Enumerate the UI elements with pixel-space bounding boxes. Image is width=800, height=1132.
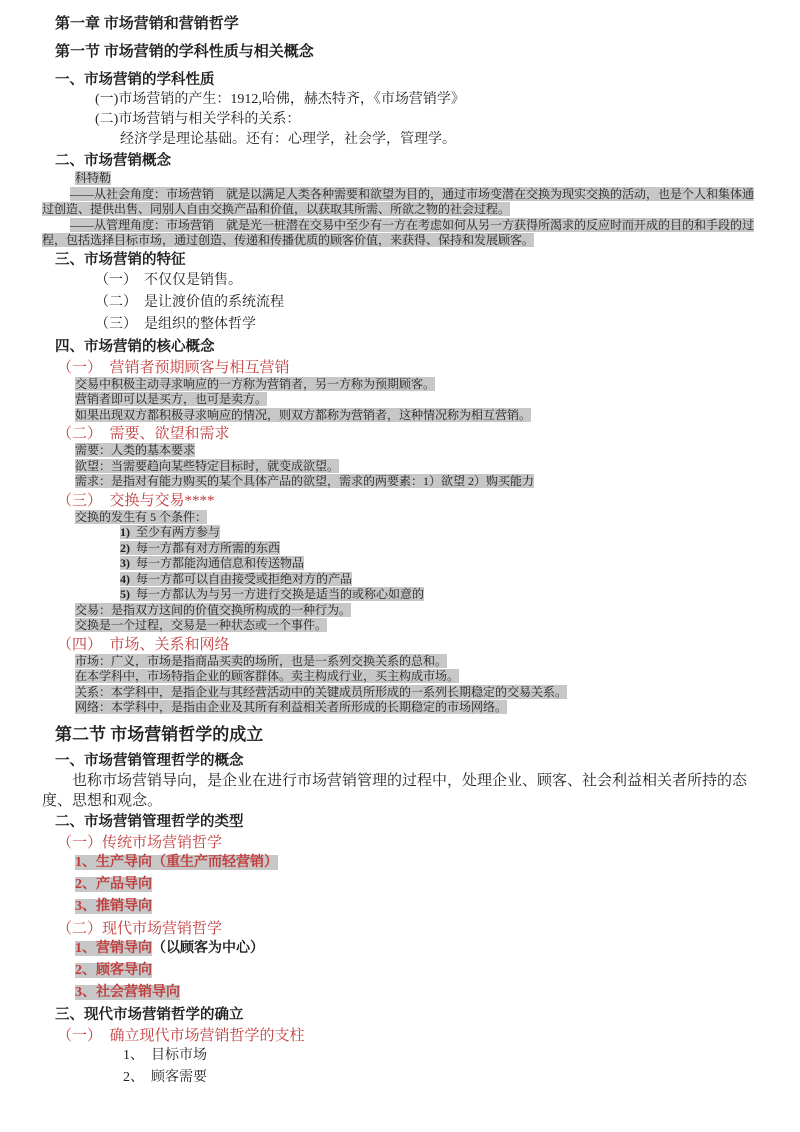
definition-management-angle: ——从管理角度：市场营销 就是光一桩潜在交易中至少有一方在考虑如何从另一方获得所… [42, 218, 762, 249]
modern-philosophy-heading: （二）现代市场营销哲学 [57, 920, 762, 938]
orientation-item: 1、营销导向（以顾客为中心） [75, 938, 762, 960]
s1-part4-heading: 四、市场营销的核心概念 [55, 338, 762, 357]
feature-item: （三） 是组织的整体哲学 [95, 314, 762, 336]
s1-part1-line: 经济学是理论基础。还有：心理学，社会学，管理学。 [120, 130, 762, 150]
condition-item: 1)至少有两方参与 [120, 525, 762, 541]
condition-text: 每一方都能沟通信息和传送物品 [136, 556, 304, 570]
definition-social-angle: ——从社会角度：市场营销 就是以满足人类各种需要和欲望为目的，通过市场变潜在交换… [42, 187, 762, 218]
highlighted-line: 交换是一个过程，交易是一种状态或一个事件。 [75, 618, 762, 634]
s2-part2-heading: 二、市场营销管理哲学的类型 [55, 813, 762, 832]
section2-heading: 第二节 市场营销哲学的成立 [55, 724, 762, 746]
condition-item: 3)每一方都能沟通信息和传送物品 [120, 556, 762, 572]
feature-item: （二） 是让渡价值的系统流程 [95, 292, 762, 314]
highlighted-line: 欲望：当需要趋向某些特定目标时，就变成欲望。 [75, 459, 762, 475]
chapter-heading: 第一章 市场营销和营销哲学 [55, 15, 762, 34]
orientation-item: 3、推销导向 [75, 896, 762, 918]
highlighted-line: 交易中积极主动寻求响应的一方称为营销者，另一方称为预期顾客。 [75, 377, 762, 393]
highlighted-line: 交易：是指双方这间的价值交换所构成的一种行为。 [75, 603, 762, 619]
condition-text: 每一方都认为与另一方进行交换是适当的或称心如意的 [136, 587, 424, 601]
orientation-item-note: （以顾客为中心） [152, 941, 264, 956]
condition-text: 每一方都有对方所需的东西 [136, 541, 280, 555]
condition-item: 2)每一方都有对方所需的东西 [120, 541, 762, 557]
section1-heading: 第一节 市场营销的学科性质与相关概念 [55, 43, 762, 62]
orientation-item: 3、社会营销导向 [75, 982, 762, 1004]
condition-text: 每一方都可以自由接受或拒绝对方的产品 [136, 572, 352, 586]
pillar-item: 1、 目标市场 [123, 1045, 762, 1067]
pillar-item: 2、 顾客需要 [123, 1067, 762, 1089]
s1-part1-heading: 一、市场营销的学科性质 [55, 71, 762, 90]
orientation-item: 2、产品导向 [75, 874, 762, 896]
s1-part1-line: (二)市场营销与相关学科的关系： [95, 110, 762, 130]
pillars-heading: （一） 确立现代市场营销哲学的支柱 [57, 1027, 762, 1045]
orientation-item: 1、生产导向（重生产而轻营销） [75, 852, 762, 874]
condition-number: 1) [120, 525, 130, 539]
kotler-label: 科特勒 [75, 171, 762, 187]
highlighted-line: 关系：本学科中，是指企业与其经营活动中的关键成员所形成的一系列长期稳定的交易关系… [75, 685, 762, 701]
condition-number: 2) [120, 541, 130, 555]
condition-number: 3) [120, 556, 130, 570]
core-concept-4-heading: （四） 市场、关系和网络 [57, 636, 762, 654]
document-page: 第一章 市场营销和营销哲学 第一节 市场营销的学科性质与相关概念 一、市场营销的… [0, 0, 800, 1132]
condition-number: 4) [120, 572, 130, 586]
highlighted-line: 网络：本学科中，是指由企业及其所有利益相关者所形成的长期稳定的市场网络。 [75, 700, 762, 716]
highlighted-line: 需求：是指对有能力购买的某个具体产品的欲望，需求的两要素：1）欲望 2）购买能力 [75, 474, 762, 490]
s1-part2-heading: 二、市场营销概念 [55, 152, 762, 171]
core-concept-3-heading: （三） 交换与交易**** [57, 492, 762, 510]
condition-number: 5) [120, 587, 130, 601]
traditional-philosophy-heading: （一）传统市场营销哲学 [57, 834, 762, 852]
orientation-item: 2、顾客导向 [75, 960, 762, 982]
s2-part1-heading: 一、市场营销管理哲学的概念 [55, 752, 762, 771]
concept-paragraph: 也称市场营销导向，是企业在进行市场营销管理的过程中，处理企业、顾客、社会利益相关… [42, 771, 762, 811]
highlighted-line: 需要：人类的基本要求 [75, 443, 762, 459]
highlighted-line: 在本学科中，市场特指企业的顾客群体。卖主构成行业，买主构成市场。 [75, 669, 762, 685]
s1-part3-heading: 三、市场营销的特征 [55, 251, 762, 270]
highlighted-line: 营销者即可以是买方，也可是卖方。 [75, 392, 762, 408]
feature-item: （一） 不仅仅是销售。 [95, 270, 762, 292]
conditions-intro: 交换的发生有 5 个条件： [75, 510, 762, 526]
core-concept-2-heading: （二） 需要、欲望和需求 [57, 425, 762, 443]
condition-item: 5)每一方都认为与另一方进行交换是适当的或称心如意的 [120, 587, 762, 603]
s2-part3-heading: 三、现代市场营销哲学的确立 [55, 1006, 762, 1025]
core-concept-1-heading: （一） 营销者预期顾客与相互营销 [57, 359, 762, 377]
highlighted-line: 如果出现双方都积极寻求响应的情况，则双方都称为营销者，这种情况称为相互营销。 [75, 408, 762, 424]
s1-part1-line: (一)市场营销的产生：1912,哈佛，赫杰特齐，《市场营销学》 [95, 90, 762, 110]
condition-text: 至少有两方参与 [136, 525, 220, 539]
condition-item: 4)每一方都可以自由接受或拒绝对方的产品 [120, 572, 762, 588]
highlighted-line: 市场：广义，市场是指商品买卖的场所，也是一系列交换关系的总和。 [75, 654, 762, 670]
